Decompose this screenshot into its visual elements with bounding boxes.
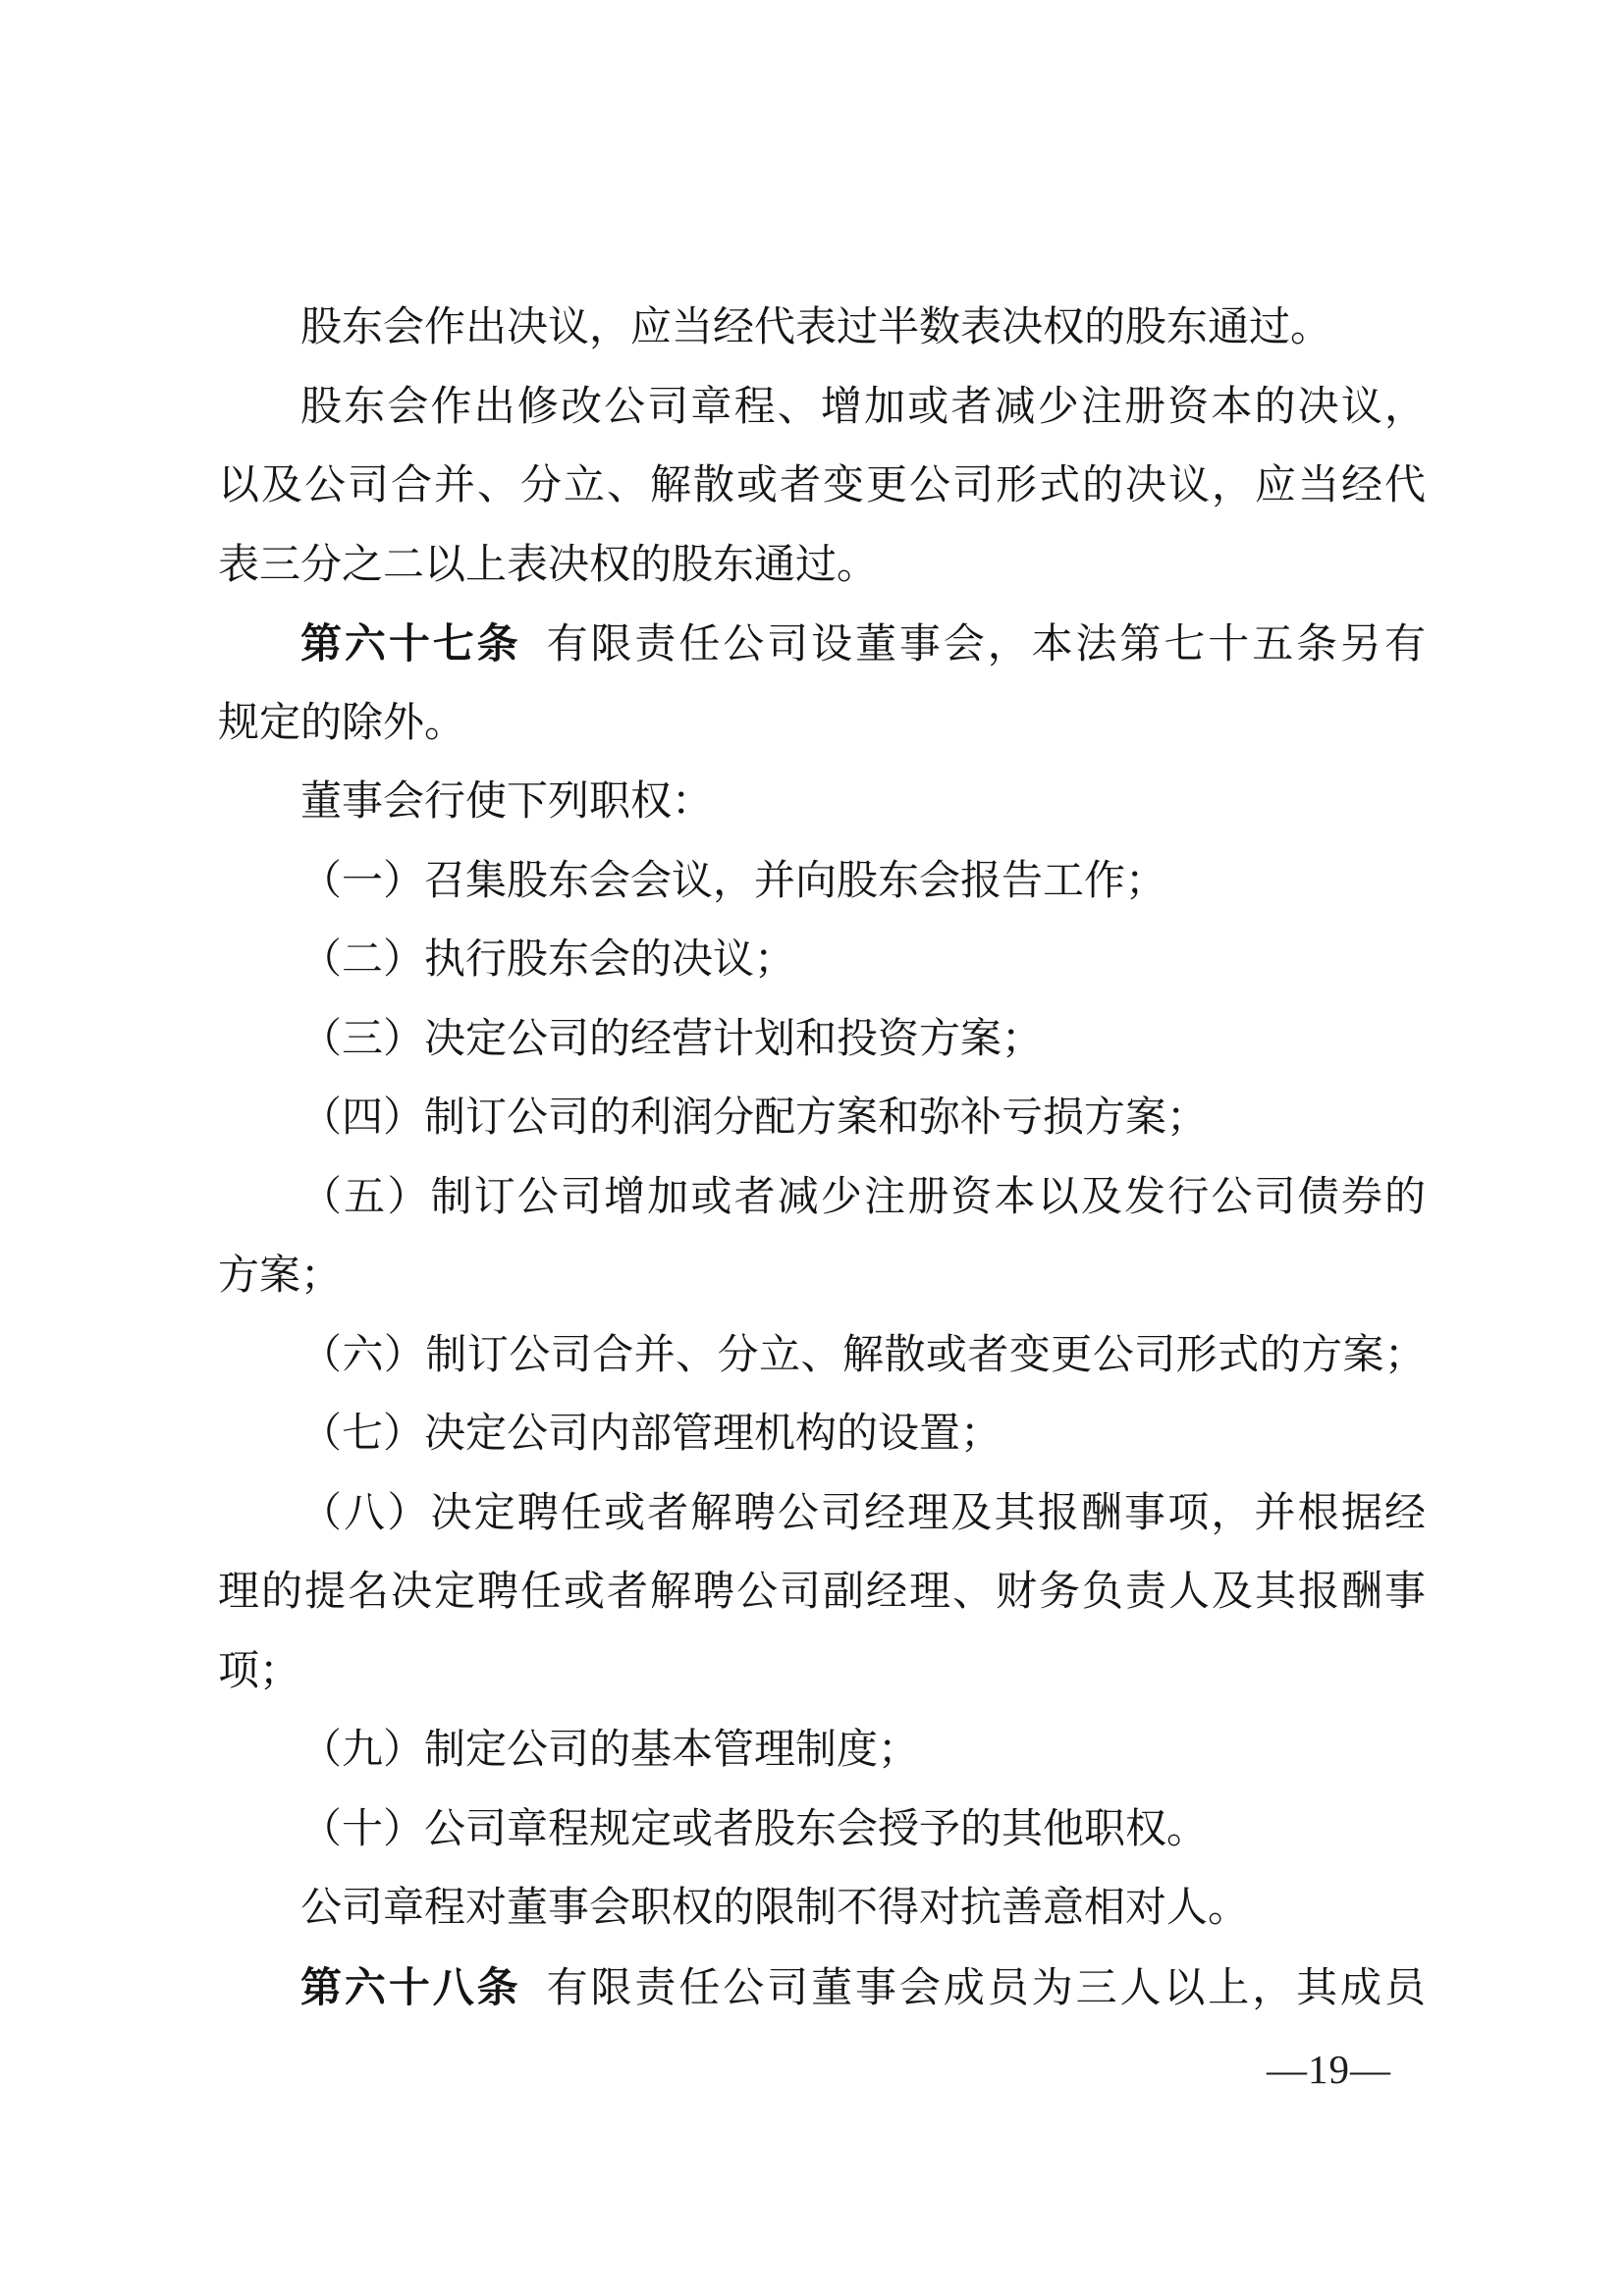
- article-67-body: 有限责任公司设董事会，本法第七十五条另有: [547, 622, 1426, 667]
- text-line: 董事会行使下列职权：: [218, 763, 1426, 842]
- page-number: —19—: [1267, 2048, 1391, 2091]
- article-67-number: 第六十七条: [300, 620, 521, 667]
- list-item-8-continued: 项；: [218, 1632, 1426, 1712]
- list-item-10: （十）公司章程规定或者股东会授予的其他职权。: [218, 1790, 1426, 1870]
- text-line: 规定的除外。: [218, 684, 1426, 764]
- article-68-number: 第六十八条: [300, 1964, 521, 2010]
- list-item-2: （二）执行股东会的决议；: [218, 921, 1426, 1000]
- list-item-5-continued: 方案；: [218, 1237, 1426, 1316]
- list-item-6: （六）制订公司合并、分立、解散或者变更公司形式的方案；: [218, 1316, 1426, 1396]
- list-item-5: （五）制订公司增加或者减少注册资本以及发行公司债券的: [218, 1158, 1426, 1238]
- list-item-8: （八）决定聘任或者解聘公司经理及其报酬事项，并根据经: [218, 1474, 1426, 1554]
- list-item-3: （三）决定公司的经营计划和投资方案；: [218, 1000, 1426, 1080]
- article-68-body: 有限责任公司董事会成员为三人以上，其成员: [547, 1966, 1426, 2011]
- list-item-1: （一）召集股东会会议，并向股东会报告工作；: [218, 842, 1426, 922]
- text-line: 表三分之二以上表决权的股东通过。: [218, 526, 1426, 606]
- text-line: 以及公司合并、分立、解散或者变更公司形式的决议，应当经代: [218, 447, 1426, 526]
- list-item-7: （七）决定公司内部管理机构的设置；: [218, 1395, 1426, 1474]
- list-item-4: （四）制订公司的利润分配方案和弥补亏损方案；: [218, 1079, 1426, 1158]
- text-line-article-68: 第六十八条有限责任公司董事会成员为三人以上，其成员: [218, 1949, 1426, 2028]
- text-line: 股东会作出决议，应当经代表过半数表决权的股东通过。: [218, 289, 1426, 368]
- document-page: 股东会作出决议，应当经代表过半数表决权的股东通过。 股东会作出修改公司章程、增加…: [0, 0, 1624, 2296]
- list-item-8-continued: 理的提名决定聘任或者解聘公司副经理、财务负责人及其报酬事: [218, 1553, 1426, 1632]
- text-line: 公司章程对董事会职权的限制不得对抗善意相对人。: [218, 1869, 1426, 1949]
- text-line: 股东会作出修改公司章程、增加或者减少注册资本的决议，: [218, 368, 1426, 448]
- text-line-article-67: 第六十七条有限责任公司设董事会，本法第七十五条另有: [218, 605, 1426, 684]
- text-block: 股东会作出决议，应当经代表过半数表决权的股东通过。 股东会作出修改公司章程、增加…: [218, 289, 1426, 2027]
- list-item-9: （九）制定公司的基本管理制度；: [218, 1711, 1426, 1790]
